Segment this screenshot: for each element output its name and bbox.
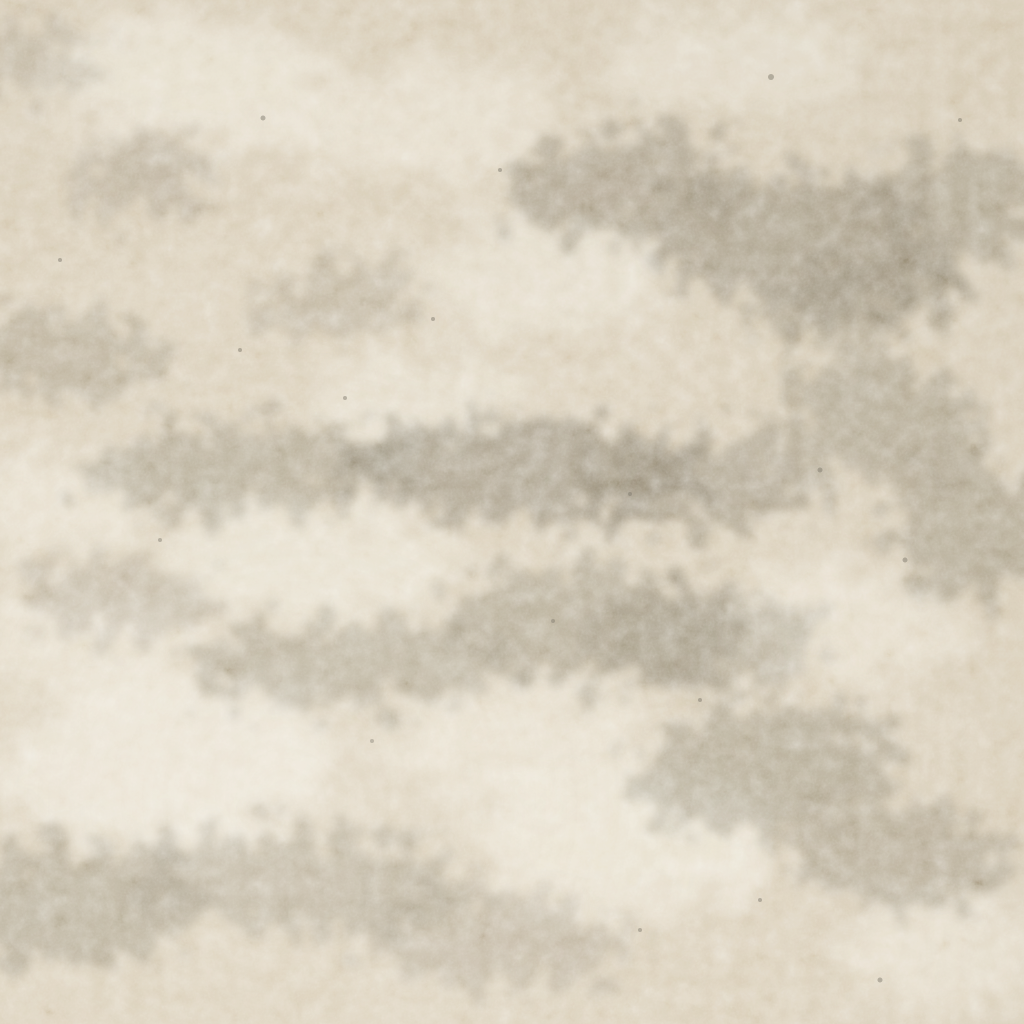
fiber-grain-texture [0,0,1024,1024]
carpet-texture-image [0,0,1024,1024]
carpet-texture-photo [0,0,1024,1024]
